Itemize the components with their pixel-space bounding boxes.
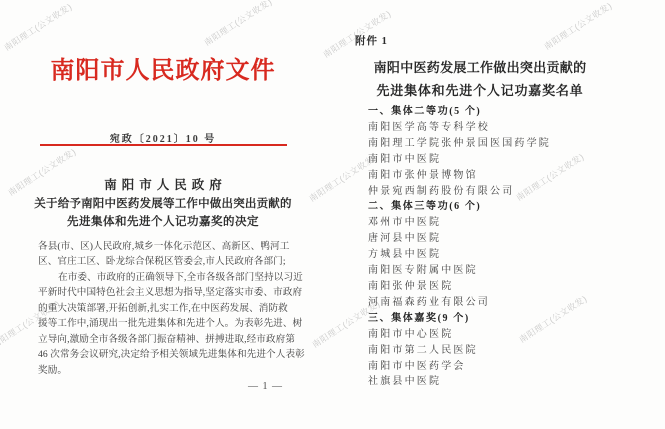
body-line: 在市委、市政府的正确领导下,全市各级各部门坚持以习近 <box>38 270 290 285</box>
list-item: 唐河县中医院 <box>368 231 628 247</box>
list-item: 南阳理工学院张仲景国医国药学院 <box>368 136 628 152</box>
list-item: 南阳医专附属中医院 <box>368 263 628 279</box>
section-heading: 一、集体二等功(5 个) <box>368 104 628 120</box>
body-line: 平新时代中国特色社会主义思想为指导,坚定落实市委、市政府 <box>38 285 290 300</box>
award-list: 一、集体二等功(5 个) 南阳医学高等专科学校 南阳理工学院张仲景国医国药学院 … <box>368 104 628 390</box>
body-line: 援等工作中,涌现出一批先进集体和先进个人。为表彰先进、树 <box>38 316 290 331</box>
watermark: 南阳理工(公文收发) <box>202 0 275 48</box>
section-heading: 二、集体三等功(6 个) <box>368 199 628 215</box>
page-number: — 1 — <box>243 381 288 392</box>
issuing-organization: 南阳市人民政府 <box>38 175 288 193</box>
government-letterhead-title: 南阳市人民政府文件 <box>38 50 288 85</box>
body-line: 各县(市、区)人民政府,城乡一体化示范区、高新区、鸭河工 <box>38 239 290 254</box>
letterhead-divider-line <box>40 144 287 146</box>
list-item: 南阳张仲景医院 <box>368 279 628 295</box>
list-item: 南阳市第二人民医院 <box>368 343 628 359</box>
body-line: 立导向,激励全市各级各部门振奋精神、拼搏进取,经市政府第 <box>38 332 290 347</box>
attachment-label: 附件 1 <box>355 33 388 48</box>
body-line: 的重大决策部署,开拓创新,扎实工作,在中医药发展、消防救 <box>38 301 290 316</box>
list-item: 仲景宛西制药股份有限公司 <box>368 184 628 200</box>
award-list-title-line2: 先进集体和先进个人记功嘉奖名单 <box>355 80 605 99</box>
list-item: 南阳市中心医院 <box>368 327 628 343</box>
body-line: 区、官庄工区、卧龙综合保税区管委会,市人民政府各部门; <box>38 254 290 269</box>
list-item: 南阳市中医药学会 <box>368 359 628 375</box>
decision-title-line1: 关于给予南阳中医药发展等工作中做出突出贡献的 <box>20 195 306 211</box>
award-list-title-line1: 南阳中医药发展工作做出突出贡献的 <box>355 57 605 76</box>
list-item: 南阳医学高等专科学校 <box>368 120 628 136</box>
list-item: 邓州市中医院 <box>368 215 628 231</box>
list-item: 南阳市中医院 <box>368 152 628 168</box>
list-item: 方城县中医院 <box>368 247 628 263</box>
document-body: 各县(市、区)人民政府,城乡一体化示范区、高新区、鸭河工 区、官庄工区、卧龙综合… <box>38 239 290 378</box>
scanned-document-canvas: 南阳理工(公文收发) 南阳理工(公文收发) 南阳理工(公文收发) 南阳理工(公文… <box>0 0 665 429</box>
list-item: 河南福森药业有限公司 <box>368 295 628 311</box>
watermark: 南阳理工(公文收发) <box>542 0 615 52</box>
body-line: 奖励。 <box>38 363 290 378</box>
list-item: 南阳市张仲景博物馆 <box>368 168 628 184</box>
document-number: 宛政〔2021〕10 号 <box>38 130 288 145</box>
section-heading: 三、集体嘉奖(9 个) <box>368 311 628 327</box>
watermark: 南阳理工(公文收发) <box>2 1 75 54</box>
decision-title-line2: 先进集体和先进个人记功嘉奖的决定 <box>38 213 288 229</box>
list-item: 社旗县中医院 <box>368 374 628 390</box>
body-line: 46 次常务会议研究,决定给予相关领域先进集体和先进个人表彰 <box>38 347 290 362</box>
